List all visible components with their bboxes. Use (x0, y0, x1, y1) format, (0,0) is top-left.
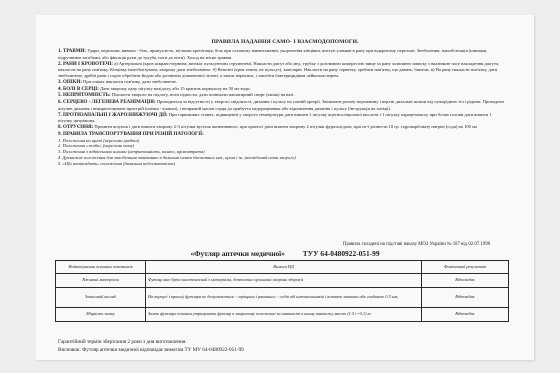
section-fainting: 5. НЕПРИТОМНІСТЬ: Покласти хворого на пі… (58, 92, 504, 99)
table-header-row: Найменування основних показників Вимоги … (56, 261, 509, 274)
instruction-sheet: ПРАВИЛА НАДАННЯ САМО- І ВЗАЄМОДОПОМОГИ. … (36, 15, 534, 360)
product-title: «Футляр аптечки медичної» (190, 249, 285, 258)
cell-indicator: Зовнішній вигляд (56, 288, 146, 308)
cell-requirement: Футляр має бути виготовлений з матеріалі… (146, 274, 422, 288)
cell-result: Відповідає (422, 308, 509, 322)
table-row: Зовнішній вигляд На корпусі і кришці фут… (56, 288, 509, 308)
cell-indicator: Вживані матеріали (56, 274, 146, 288)
section-injuries: 1. ТРАВМИ: Удари, переломи, вивихи - біл… (58, 48, 504, 61)
rules-body: 1. ТРАВМИ: Удари, переломи, вивихи - біл… (58, 48, 504, 166)
product-code: ТУУ 64-0480922-051-99 (303, 249, 380, 258)
section-heart-pain: 4. БОЛІ В СЕРЦІ: Дати хворому одну пігул… (58, 86, 504, 93)
section-antipyretic: 7. ПРОТИЗАПАЛЬНІ І ЖАРОЗНИЖУЮЧІ ДІЇ: При… (58, 112, 504, 125)
cell-indicator: Міцність замку (56, 308, 146, 322)
spec-table: Найменування основних показників Вимоги … (55, 260, 509, 322)
section-wounds: 2. РАНИ І КРОВОТЕЧІ: а) Артеріальні (кро… (58, 61, 504, 79)
document-title: ПРАВИЛА НАДАННЯ САМО- І ВЗАЄМОДОПОМОГИ. (36, 39, 534, 45)
footer-notes: Гарантійний термін зберігання 2 роки з д… (58, 338, 244, 354)
transport-item: 5. «Що напівсидять» положення (дихальна … (58, 161, 504, 167)
section-burns: 3. ОПІКИ: При опіках накласти пов'язку, … (58, 79, 504, 86)
section-transport: 9. ПРАВИЛА ТРАНСПОРТУВАННЯ ПРИ РІЗНІЙ ПА… (58, 131, 504, 138)
header-result: Фактичний результат (422, 261, 509, 274)
section-cpr: 6. СЕРЦЕВО - ЛЕГЕНЕВА РЕАНІМАЦІЯ: Провод… (58, 99, 504, 112)
product-title-line: «Футляр аптечки медичної» ТУУ 64-0480922… (36, 249, 534, 258)
header-requirements: Вимоги НД (146, 261, 422, 274)
conclusion-note: Висновок: Футляр аптечки медичної відпов… (58, 346, 244, 354)
cell-result: Відповідає (422, 274, 509, 288)
cell-requirement: Замок футляра повинен утримувати футляр … (146, 308, 422, 322)
table-row: Міцність замку Замок футляра повинен утр… (56, 308, 509, 322)
section-poisoning: 8. ОТРУЄННЯ: Промити шлунок і дати випит… (58, 124, 504, 131)
warranty-note: Гарантійний термін зберігання 2 роки з д… (58, 338, 244, 346)
cell-requirement: На корпусі і кришці футляра не допускают… (146, 288, 422, 308)
table-row: Вживані матеріали Футляр має бути вигото… (56, 274, 509, 288)
cell-result: Відповідає (422, 288, 509, 308)
source-note: Правила складені на підставі наказу МОЗ … (343, 242, 490, 247)
header-indicator: Найменування основних показників (56, 261, 146, 274)
